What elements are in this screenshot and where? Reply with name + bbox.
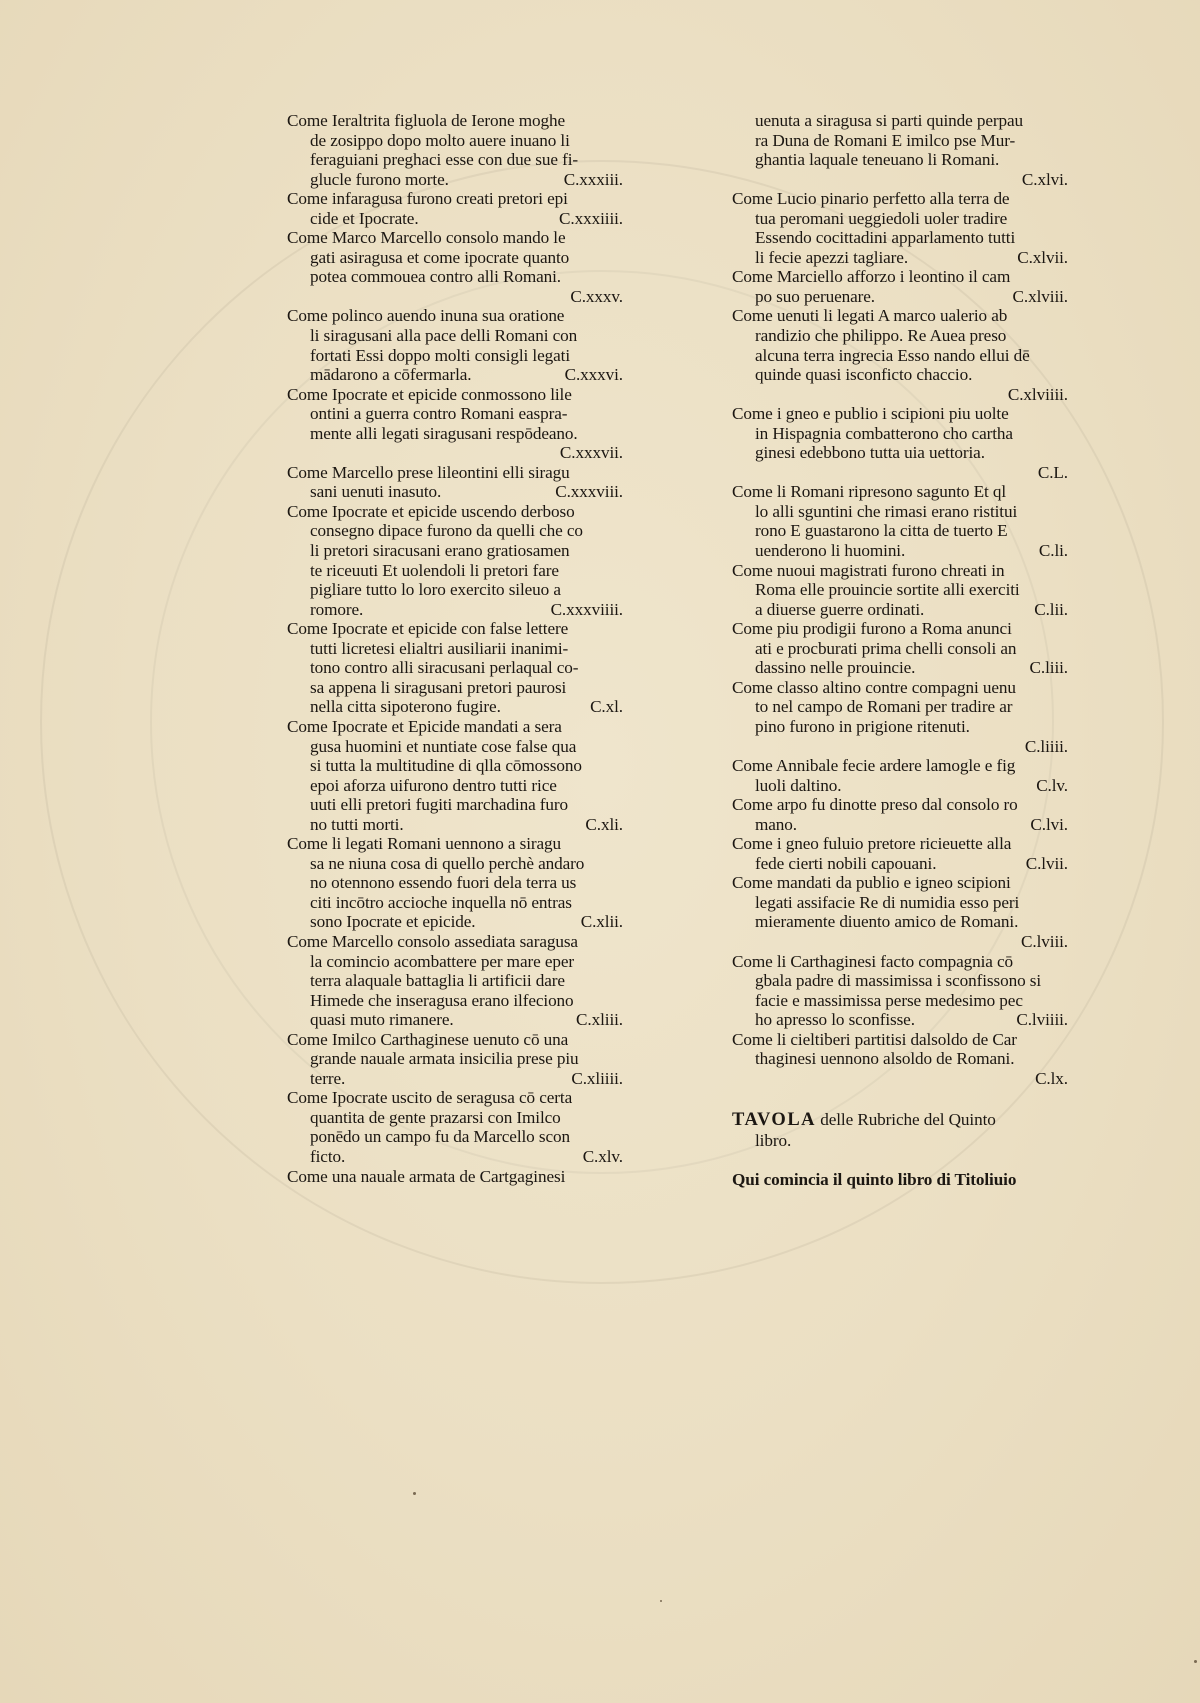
rubric-text: quasi muto rimanere.	[310, 1010, 454, 1030]
rubric-line: romore.C.xxxviiii.	[287, 600, 623, 620]
chapter-number: C.xxxiiii.	[559, 209, 623, 229]
rubric-line: tutti licretesi elialtri ausiliarii inan…	[287, 639, 623, 659]
rubric-line: a diuerse guerre ordinati.C.lii.	[732, 600, 1068, 620]
rubric-entry: Come Ipocrate et epicide uscendo derboso…	[287, 502, 623, 619]
rubric-line: ontini a guerra contro Romani easpra-	[287, 404, 623, 424]
chapter-number: C.xxxiii.	[564, 170, 623, 190]
rubric-text: sono Ipocrate et epicide.	[310, 912, 475, 932]
rubric-line: thaginesi uennono alsoldo de Romani.	[732, 1049, 1068, 1069]
rubric-line: Come uenuti li legati A marco ualerio ab	[732, 306, 1068, 326]
chapter-number: C.xlviiii.	[732, 385, 1068, 405]
rubric-entry: Come i gneo e publio i scipioni piu uolt…	[732, 404, 1068, 482]
chapter-number: C.xxxvi.	[565, 365, 623, 385]
rubric-line: Come arpo fu dinotte preso dal consolo r…	[732, 795, 1068, 815]
rubric-line: quinde quasi isconficto chaccio.	[732, 365, 1068, 385]
ink-speck	[660, 1600, 662, 1602]
rubric-line: gusa huomini et nuntiate cose false qua	[287, 737, 623, 757]
rubric-line: Come una nauale armata de Cartgaginesi	[287, 1167, 623, 1187]
rubric-line: ficto.C.xlv.	[287, 1147, 623, 1167]
chapter-number: C.lx.	[732, 1069, 1068, 1089]
chapter-number: C.lvii.	[1026, 854, 1068, 874]
rubric-line: Come li cieltiberi partitisi dalsoldo de…	[732, 1030, 1068, 1050]
rubric-entry: Come Ieraltrita figluola de Ierone moghe…	[287, 111, 623, 189]
heading-rest: delle Rubriche del Quinto	[816, 1110, 996, 1129]
rubric-line: sa ne niuna cosa di quello perchè andaro	[287, 854, 623, 874]
rubric-line: ponēdo un campo fu da Marcello scon	[287, 1127, 623, 1147]
rubric-line: Come Ipocrate et epicide con false lette…	[287, 619, 623, 639]
chapter-number: C.lv.	[1036, 776, 1068, 796]
rubric-entry: Come piu prodigii furono a Roma anunciat…	[732, 619, 1068, 678]
rubric-line: po suo peruenare.C.xlviii.	[732, 287, 1068, 307]
chapter-number: C.xlii.	[581, 912, 623, 932]
rubric-line: Come Marciello afforzo i leontino il cam	[732, 267, 1068, 287]
rubric-entry: Come classo altino contre compagni uenut…	[732, 678, 1068, 756]
rubric-text: po suo peruenare.	[755, 287, 875, 307]
rubric-line: gbala padre di massimissa i sconfissono …	[732, 971, 1068, 991]
chapter-number: C.xlviii.	[1013, 287, 1068, 307]
rubric-line: glucle furono morte.C.xxxiii.	[287, 170, 623, 190]
rubric-line: ghantia laquale teneuano li Romani.	[732, 150, 1068, 170]
rubric-line: Come classo altino contre compagni uenu	[732, 678, 1068, 698]
rubric-text: luoli daltino.	[755, 776, 841, 796]
rubric-line: to nel campo de Romani per tradire ar	[732, 697, 1068, 717]
rubric-line: uenuta a siragusa si parti quinde perpau	[732, 111, 1068, 131]
rubric-line: Come Marco Marcello consolo mando le	[287, 228, 623, 248]
rubric-line: potea commouea contro alli Romani.	[287, 267, 623, 287]
rubric-line: Come Marcello prese lileontini elli sira…	[287, 463, 623, 483]
chapter-number: C.xli.	[585, 815, 623, 835]
rubric-text: fede cierti nobili capouani.	[755, 854, 936, 874]
rubric-line: grande nauale armata insicilia prese piu	[287, 1049, 623, 1069]
chapter-number: C.xlvii.	[1017, 248, 1068, 268]
chapter-number: C.xlvi.	[732, 170, 1068, 190]
rubric-line: Himede che inseragusa erano ilfeciono	[287, 991, 623, 1011]
rubric-entry: Come Marcello consolo assediata saragusa…	[287, 932, 623, 1030]
rubric-text: terre.	[310, 1069, 345, 1089]
rubric-line: sono Ipocrate et epicide.C.xlii.	[287, 912, 623, 932]
rubric-text: a diuerse guerre ordinati.	[755, 600, 924, 620]
rubric-line: Come Imilco Carthaginese uenuto cō una	[287, 1030, 623, 1050]
rubric-line: no tutti morti.C.xli.	[287, 815, 623, 835]
rubric-line: Come piu prodigii furono a Roma anunci	[732, 619, 1068, 639]
rubric-line: mano.C.lvi.	[732, 815, 1068, 835]
rubric-entry: Come li legati Romani uennono a siragusa…	[287, 834, 623, 932]
rubric-line: Come Ipocrate et epicide uscendo derboso	[287, 502, 623, 522]
left-column: Come Ieraltrita figluola de Ierone moghe…	[287, 111, 623, 1186]
rubric-line: sa appena li siragusani pretori paurosi	[287, 678, 623, 698]
rubric-text: glucle furono morte.	[310, 170, 449, 190]
chapter-number: C.xlv.	[583, 1147, 623, 1167]
rubric-line: uuti elli pretori fugiti marchadina furo	[287, 795, 623, 815]
rubric-line: no otennono essendo fuori dela terra us	[287, 873, 623, 893]
rubric-line: luoli daltino.C.lv.	[732, 776, 1068, 796]
chapter-number: C.lvi.	[1030, 815, 1068, 835]
rubric-line: legati assifacie Re di numidia esso peri	[732, 893, 1068, 913]
book-incipit: Qui comincia il quinto libro di Titoliui…	[732, 1170, 1068, 1190]
rubric-text: uenderono li huomini.	[755, 541, 905, 561]
rubric-line: gati asiragusa et come ipocrate quanto	[287, 248, 623, 268]
rubric-line: Come Annibale fecie ardere lamogle e fig	[732, 756, 1068, 776]
rubric-text: dassino nelle prouincie.	[755, 658, 915, 678]
rubric-text: mādarono a cōfermarla.	[310, 365, 471, 385]
rubric-line: cide et Ipocrate.C.xxxiiii.	[287, 209, 623, 229]
rubric-text: ficto.	[310, 1147, 345, 1167]
rubric-line: ginesi edebbono tutta uia uettoria.	[732, 443, 1068, 463]
rubric-line: Come li Carthaginesi facto compagnia cō	[732, 952, 1068, 972]
rubric-line: fortati Essi doppo molti consigli legati	[287, 346, 623, 366]
heading-line-2: libro.	[732, 1131, 1068, 1151]
rubric-line: quantita de gente prazarsi con Imilco	[287, 1108, 623, 1128]
rubric-line: Come infaragusa furono creati pretori ep…	[287, 189, 623, 209]
rubric-entry: Come Lucio pinario perfetto alla terra d…	[732, 189, 1068, 267]
rubric-entry: Come Ipocrate et Epicide mandati a serag…	[287, 717, 623, 834]
rubric-entry: Come una nauale armata de Cartgaginesi	[287, 1167, 623, 1187]
rubric-line: in Hispagnia combatterono cho cartha	[732, 424, 1068, 444]
rubric-line: quasi muto rimanere.C.xliii.	[287, 1010, 623, 1030]
rubric-line: li siragusani alla pace delli Romani con	[287, 326, 623, 346]
rubric-line: randizio che philippo. Re Auea preso	[732, 326, 1068, 346]
rubric-entry: Come Ipocrate et epicide conmossono lile…	[287, 385, 623, 463]
rubric-entry: Come nuoui magistrati furono chreati inR…	[732, 561, 1068, 620]
rubric-line: Come li legati Romani uennono a siragu	[287, 834, 623, 854]
rubric-line: ati e procburati prima chelli consoli an	[732, 639, 1068, 659]
rubric-entry: Come Imilco Carthaginese uenuto cō unagr…	[287, 1030, 623, 1089]
rubric-line: Come i gneo fuluio pretore ricieuette al…	[732, 834, 1068, 854]
rubric-text: mano.	[755, 815, 797, 835]
rubric-line: Come Ipocrate et Epicide mandati a sera	[287, 717, 623, 737]
rubric-line: li pretori siracusani erano gratiosamen	[287, 541, 623, 561]
chapter-number: C.xxxviiii.	[551, 600, 623, 620]
rubric-line: nella citta sipoterono fugire.C.xl.	[287, 697, 623, 717]
chapter-number: C.xl.	[590, 697, 623, 717]
rubric-line: te riceuuti Et uolendoli li pretori fare	[287, 561, 623, 581]
rubric-line: pigliare tutto lo loro exercito sileuo a	[287, 580, 623, 600]
rubric-text: cide et Ipocrate.	[310, 209, 419, 229]
ink-speck	[413, 1492, 416, 1495]
rubric-entry: Come Marciello afforzo i leontino il cam…	[732, 267, 1068, 306]
rubric-line: epoi aforza uifurono dentro tutti rice	[287, 776, 623, 796]
chapter-number: C.L.	[732, 463, 1068, 483]
rubric-line: Come Marcello consolo assediata saragusa	[287, 932, 623, 952]
rubric-text: no tutti morti.	[310, 815, 404, 835]
rubric-line: Come Ipocrate uscito de seragusa cō cert…	[287, 1088, 623, 1108]
parchment-page: Come Ieraltrita figluola de Ierone moghe…	[0, 0, 1200, 1703]
rubric-line: mādarono a cōfermarla.C.xxxvi.	[287, 365, 623, 385]
rubric-entry: Come li Romani ripresono sagunto Et qllo…	[732, 482, 1068, 560]
chapter-number: C.lii.	[1034, 600, 1068, 620]
rubric-line: terra alaquale battaglia li artificii da…	[287, 971, 623, 991]
rubric-line: fede cierti nobili capouani.C.lvii.	[732, 854, 1068, 874]
rubric-line: de zosippo dopo molto auere inuano li	[287, 131, 623, 151]
rubric-entry: Come li Carthaginesi facto compagnia cōg…	[732, 952, 1068, 1030]
rubric-entry: Come infaragusa furono creati pretori ep…	[287, 189, 623, 228]
rubric-line: Come Ipocrate et epicide conmossono lile	[287, 385, 623, 405]
rubric-entry: Come Marco Marcello consolo mando legati…	[287, 228, 623, 306]
chapter-number: C.xxxvii.	[287, 443, 623, 463]
rubric-text: ho apresso lo sconfisse.	[755, 1010, 915, 1030]
rubric-line: consegno dipace furono da quelli che co	[287, 521, 623, 541]
right-column: uenuta a siragusa si parti quinde perpau…	[732, 111, 1068, 1190]
table-heading: TAVOLA delle Rubriche del Quinto libro.	[732, 1110, 1068, 1150]
rubric-line: mieramente diuento amico de Romani.	[732, 912, 1068, 932]
chapter-number: C.xxxv.	[287, 287, 623, 307]
ink-speck	[1194, 1660, 1197, 1663]
rubric-line: Come i gneo e publio i scipioni piu uolt…	[732, 404, 1068, 424]
rubric-line: si tutta la multitudine di qlla cōmosson…	[287, 756, 623, 776]
rubric-entry: Come Marcello prese lileontini elli sira…	[287, 463, 623, 502]
rubric-line: pino furono in prigione ritenuti.	[732, 717, 1068, 737]
rubric-line: sani uenuti inasuto.C.xxxviii.	[287, 482, 623, 502]
rubric-text: sani uenuti inasuto.	[310, 482, 441, 502]
rubric-line: rono E guastarono la citta de tuerto E	[732, 521, 1068, 541]
rubric-line: ho apresso lo sconfisse.C.lviiii.	[732, 1010, 1068, 1030]
rubric-line: la comincio acombattere per mare eper	[287, 952, 623, 972]
rubric-line: Come mandati da publio e igneo scipioni	[732, 873, 1068, 893]
rubric-line: terre.C.xliiii.	[287, 1069, 623, 1089]
rubric-entry: Come Ipocrate et epicide con false lette…	[287, 619, 623, 717]
rubric-text: nella citta sipoterono fugire.	[310, 697, 501, 717]
chapter-number: C.xxxviii.	[555, 482, 623, 502]
rubric-line: tono contro alli siracusani perlaqual co…	[287, 658, 623, 678]
chapter-number: C.xliii.	[576, 1010, 623, 1030]
rubric-line: Essendo cocittadini apparlamento tutti	[732, 228, 1068, 248]
right-column-entries: uenuta a siragusa si parti quinde perpau…	[732, 111, 1068, 1088]
rubric-line: alcuna terra ingrecia Esso nando ellui d…	[732, 346, 1068, 366]
rubric-entry: Come arpo fu dinotte preso dal consolo r…	[732, 795, 1068, 834]
chapter-number: C.xliiii.	[571, 1069, 623, 1089]
chapter-number: C.li.	[1039, 541, 1068, 561]
rubric-line: mente alli legati siragusani respōdeano.	[287, 424, 623, 444]
chapter-number: C.lviii.	[732, 932, 1068, 952]
rubric-line: Come nuoui magistrati furono chreati in	[732, 561, 1068, 581]
rubric-entry: Come Ipocrate uscito de seragusa cō cert…	[287, 1088, 623, 1166]
rubric-entry: uenuta a siragusa si parti quinde perpau…	[732, 111, 1068, 189]
rubric-text: romore.	[310, 600, 363, 620]
rubric-line: Come li Romani ripresono sagunto Et ql	[732, 482, 1068, 502]
rubric-text: li fecie apezzi tagliare.	[755, 248, 908, 268]
rubric-line: ra Duna de Romani E imilco pse Mur-	[732, 131, 1068, 151]
rubric-line: dassino nelle prouincie.C.liii.	[732, 658, 1068, 678]
rubric-entry: Come Annibale fecie ardere lamogle e fig…	[732, 756, 1068, 795]
rubric-entry: Come i gneo fuluio pretore ricieuette al…	[732, 834, 1068, 873]
rubric-line: li fecie apezzi tagliare.C.xlvii.	[732, 248, 1068, 268]
rubric-line: Come Lucio pinario perfetto alla terra d…	[732, 189, 1068, 209]
rubric-line: Come polinco auendo inuna sua oratione	[287, 306, 623, 326]
rubric-entry: Come polinco auendo inuna sua orationeli…	[287, 306, 623, 384]
rubric-line: lo alli sguntini che rimasi erano ristit…	[732, 502, 1068, 522]
chapter-number: C.liiii.	[732, 737, 1068, 757]
rubric-line: facie e massimissa perse medesimo pec	[732, 991, 1068, 1011]
chapter-number: C.lviiii.	[1016, 1010, 1068, 1030]
rubric-line: feraguiani preghaci esse con due sue fi-	[287, 150, 623, 170]
rubric-entry: Come mandati da publio e igneo scipionil…	[732, 873, 1068, 951]
rubric-entry: Come li cieltiberi partitisi dalsoldo de…	[732, 1030, 1068, 1089]
chapter-number: C.liii.	[1030, 658, 1068, 678]
rubric-line: uenderono li huomini.C.li.	[732, 541, 1068, 561]
rubric-line: citi incōtro accioche inquella nō entras	[287, 893, 623, 913]
rubric-line: tua peromani ueggiedoli uoler tradire	[732, 209, 1068, 229]
rubric-entry: Come uenuti li legati A marco ualerio ab…	[732, 306, 1068, 404]
rubric-line: Roma elle prouincie sortite alli exercit…	[732, 580, 1068, 600]
rubric-line: Come Ieraltrita figluola de Ierone moghe	[287, 111, 623, 131]
heading-initial: TAVOLA	[732, 1110, 816, 1130]
